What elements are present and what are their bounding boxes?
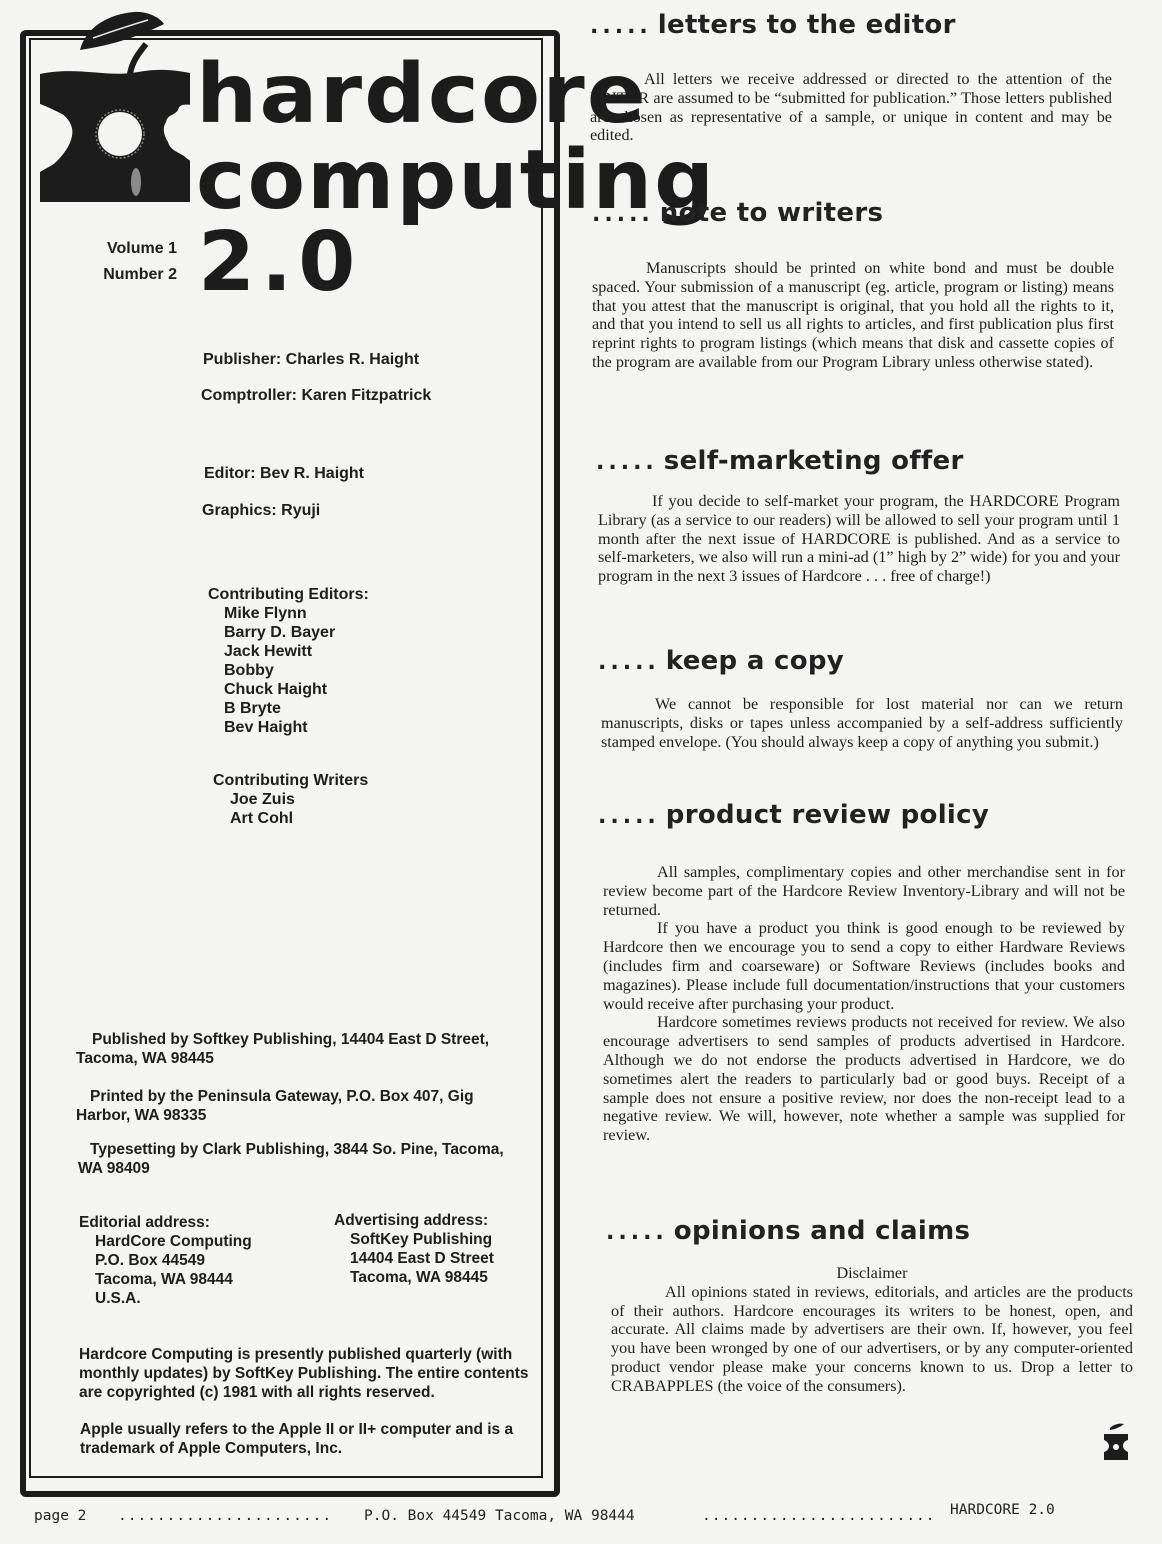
editorial-address: Editorial address: HardCore Computing P.… xyxy=(79,1213,252,1308)
contributing-editor: Mike Flynn xyxy=(208,604,369,623)
footer-dots-right: ........................ xyxy=(702,1508,936,1524)
paragraph: If you have a product you think is good … xyxy=(603,919,1125,1013)
paragraph: All opinions stated in reviews, editoria… xyxy=(611,1283,1133,1396)
heading-dots: ..... xyxy=(590,14,652,39)
number-label: Number 2 xyxy=(103,266,177,284)
disclaimer-subheading: Disclaimer xyxy=(611,1264,1133,1283)
heading-dots: ..... xyxy=(606,1220,668,1245)
heading-text: self-marketing offer xyxy=(664,446,964,476)
contributing-writers: Contributing Writers Joe Zuis Art Cohl xyxy=(213,771,368,828)
contributing-editor: Bev Haight xyxy=(208,718,369,737)
section-body-keep-copy: We cannot be responsible for lost materi… xyxy=(601,695,1123,751)
section-heading-keep-copy: .....keep a copy xyxy=(598,646,844,676)
heading-text: keep a copy xyxy=(666,646,844,676)
paragraph: Manuscripts should be printed on white b… xyxy=(592,259,1114,372)
trademark-note: Apple usually refers to the Apple II or … xyxy=(80,1420,532,1458)
section-heading-review-policy: .....product review policy xyxy=(598,800,989,830)
footer-issue: HARDCORE 2.0 xyxy=(950,1502,1055,1518)
volume-label: Volume 1 xyxy=(107,240,177,258)
contributing-editor: B Bryte xyxy=(208,699,369,718)
contributing-writer: Art Cohl xyxy=(213,809,368,828)
comptroller-credit: Comptroller: Karen Fitzpatrick xyxy=(201,386,431,405)
title-version: 2.0 xyxy=(198,222,361,304)
contributing-editor: Jack Hewitt xyxy=(208,642,369,661)
contributing-editors-label: Contributing Editors: xyxy=(208,585,369,604)
paragraph: All samples, complimentary copies and ot… xyxy=(603,863,1125,919)
contributing-editor: Bobby xyxy=(208,661,369,680)
page-footer: page 2 ...................... P.O. Box 4… xyxy=(34,1508,1082,1530)
heading-dots: ..... xyxy=(592,202,654,227)
advertising-address-label: Advertising address: xyxy=(334,1211,494,1230)
contributing-editor: Chuck Haight xyxy=(208,680,369,699)
heading-dots: ..... xyxy=(598,804,660,829)
heading-dots: ..... xyxy=(596,450,658,475)
address-line: HardCore Computing xyxy=(79,1232,252,1251)
address-line: Tacoma, WA 98445 xyxy=(334,1268,494,1287)
publication-note: Hardcore Computing is presently publishe… xyxy=(79,1345,531,1402)
editor-credit: Editor: Bev R. Haight xyxy=(204,464,364,483)
contributing-writers-label: Contributing Writers xyxy=(213,771,368,790)
apple-core-icon xyxy=(38,6,190,206)
published-by-note: Published by Softkey Publishing, 14404 E… xyxy=(76,1030,528,1068)
section-body-opinions: Disclaimer All opinions stated in review… xyxy=(611,1264,1133,1396)
contributing-writer: Joe Zuis xyxy=(213,790,368,809)
section-body-letters: All letters we receive addressed or dire… xyxy=(590,70,1112,145)
section-heading-self-marketing: .....self-marketing offer xyxy=(596,446,964,476)
apple-core-small-icon xyxy=(1104,1422,1128,1462)
contributing-editors: Contributing Editors: Mike Flynn Barry D… xyxy=(208,585,369,737)
advertising-address: Advertising address: SoftKey Publishing … xyxy=(334,1211,494,1287)
address-line: P.O. Box 44549 xyxy=(79,1251,252,1270)
publisher-credit: Publisher: Charles R. Haight xyxy=(203,350,419,369)
editorial-address-label: Editorial address: xyxy=(79,1213,252,1232)
graphics-credit: Graphics: Ryuji xyxy=(202,501,320,520)
paragraph: Hardcore sometimes reviews products not … xyxy=(603,1013,1125,1145)
paragraph: All letters we receive addressed or dire… xyxy=(590,70,1112,145)
section-heading-letters: .....letters to the editor xyxy=(590,10,956,40)
title-hardcore: hardcore xyxy=(196,54,647,136)
footer-dots-left: ...................... xyxy=(118,1508,332,1524)
section-body-writers: Manuscripts should be printed on white b… xyxy=(592,259,1114,372)
address-line: 14404 East D Street xyxy=(334,1249,494,1268)
heading-text: note to writers xyxy=(660,198,883,228)
heading-text: letters to the editor xyxy=(658,10,956,40)
heading-dots: ..... xyxy=(598,650,660,675)
heading-text: product review policy xyxy=(666,800,989,830)
printed-by-note: Printed by the Peninsula Gateway, P.O. B… xyxy=(76,1087,526,1125)
heading-text: opinions and claims xyxy=(674,1216,970,1246)
page-number: page 2 xyxy=(34,1508,86,1524)
paragraph: If you decide to self-market your progra… xyxy=(598,492,1120,586)
section-heading-writers: .....note to writers xyxy=(592,198,883,228)
paragraph: We cannot be responsible for lost materi… xyxy=(601,695,1123,751)
contributing-editor: Barry D. Bayer xyxy=(208,623,369,642)
section-body-self-marketing: If you decide to self-market your progra… xyxy=(598,492,1120,586)
section-heading-opinions: .....opinions and claims xyxy=(606,1216,970,1246)
address-line: SoftKey Publishing xyxy=(334,1230,494,1249)
typesetting-note: Typesetting by Clark Publishing, 3844 So… xyxy=(78,1140,530,1178)
address-line: U.S.A. xyxy=(79,1289,252,1308)
section-body-review-policy: All samples, complimentary copies and ot… xyxy=(603,863,1125,1145)
footer-address: P.O. Box 44549 Tacoma, WA 98444 xyxy=(364,1508,635,1524)
address-line: Tacoma, WA 98444 xyxy=(79,1270,252,1289)
